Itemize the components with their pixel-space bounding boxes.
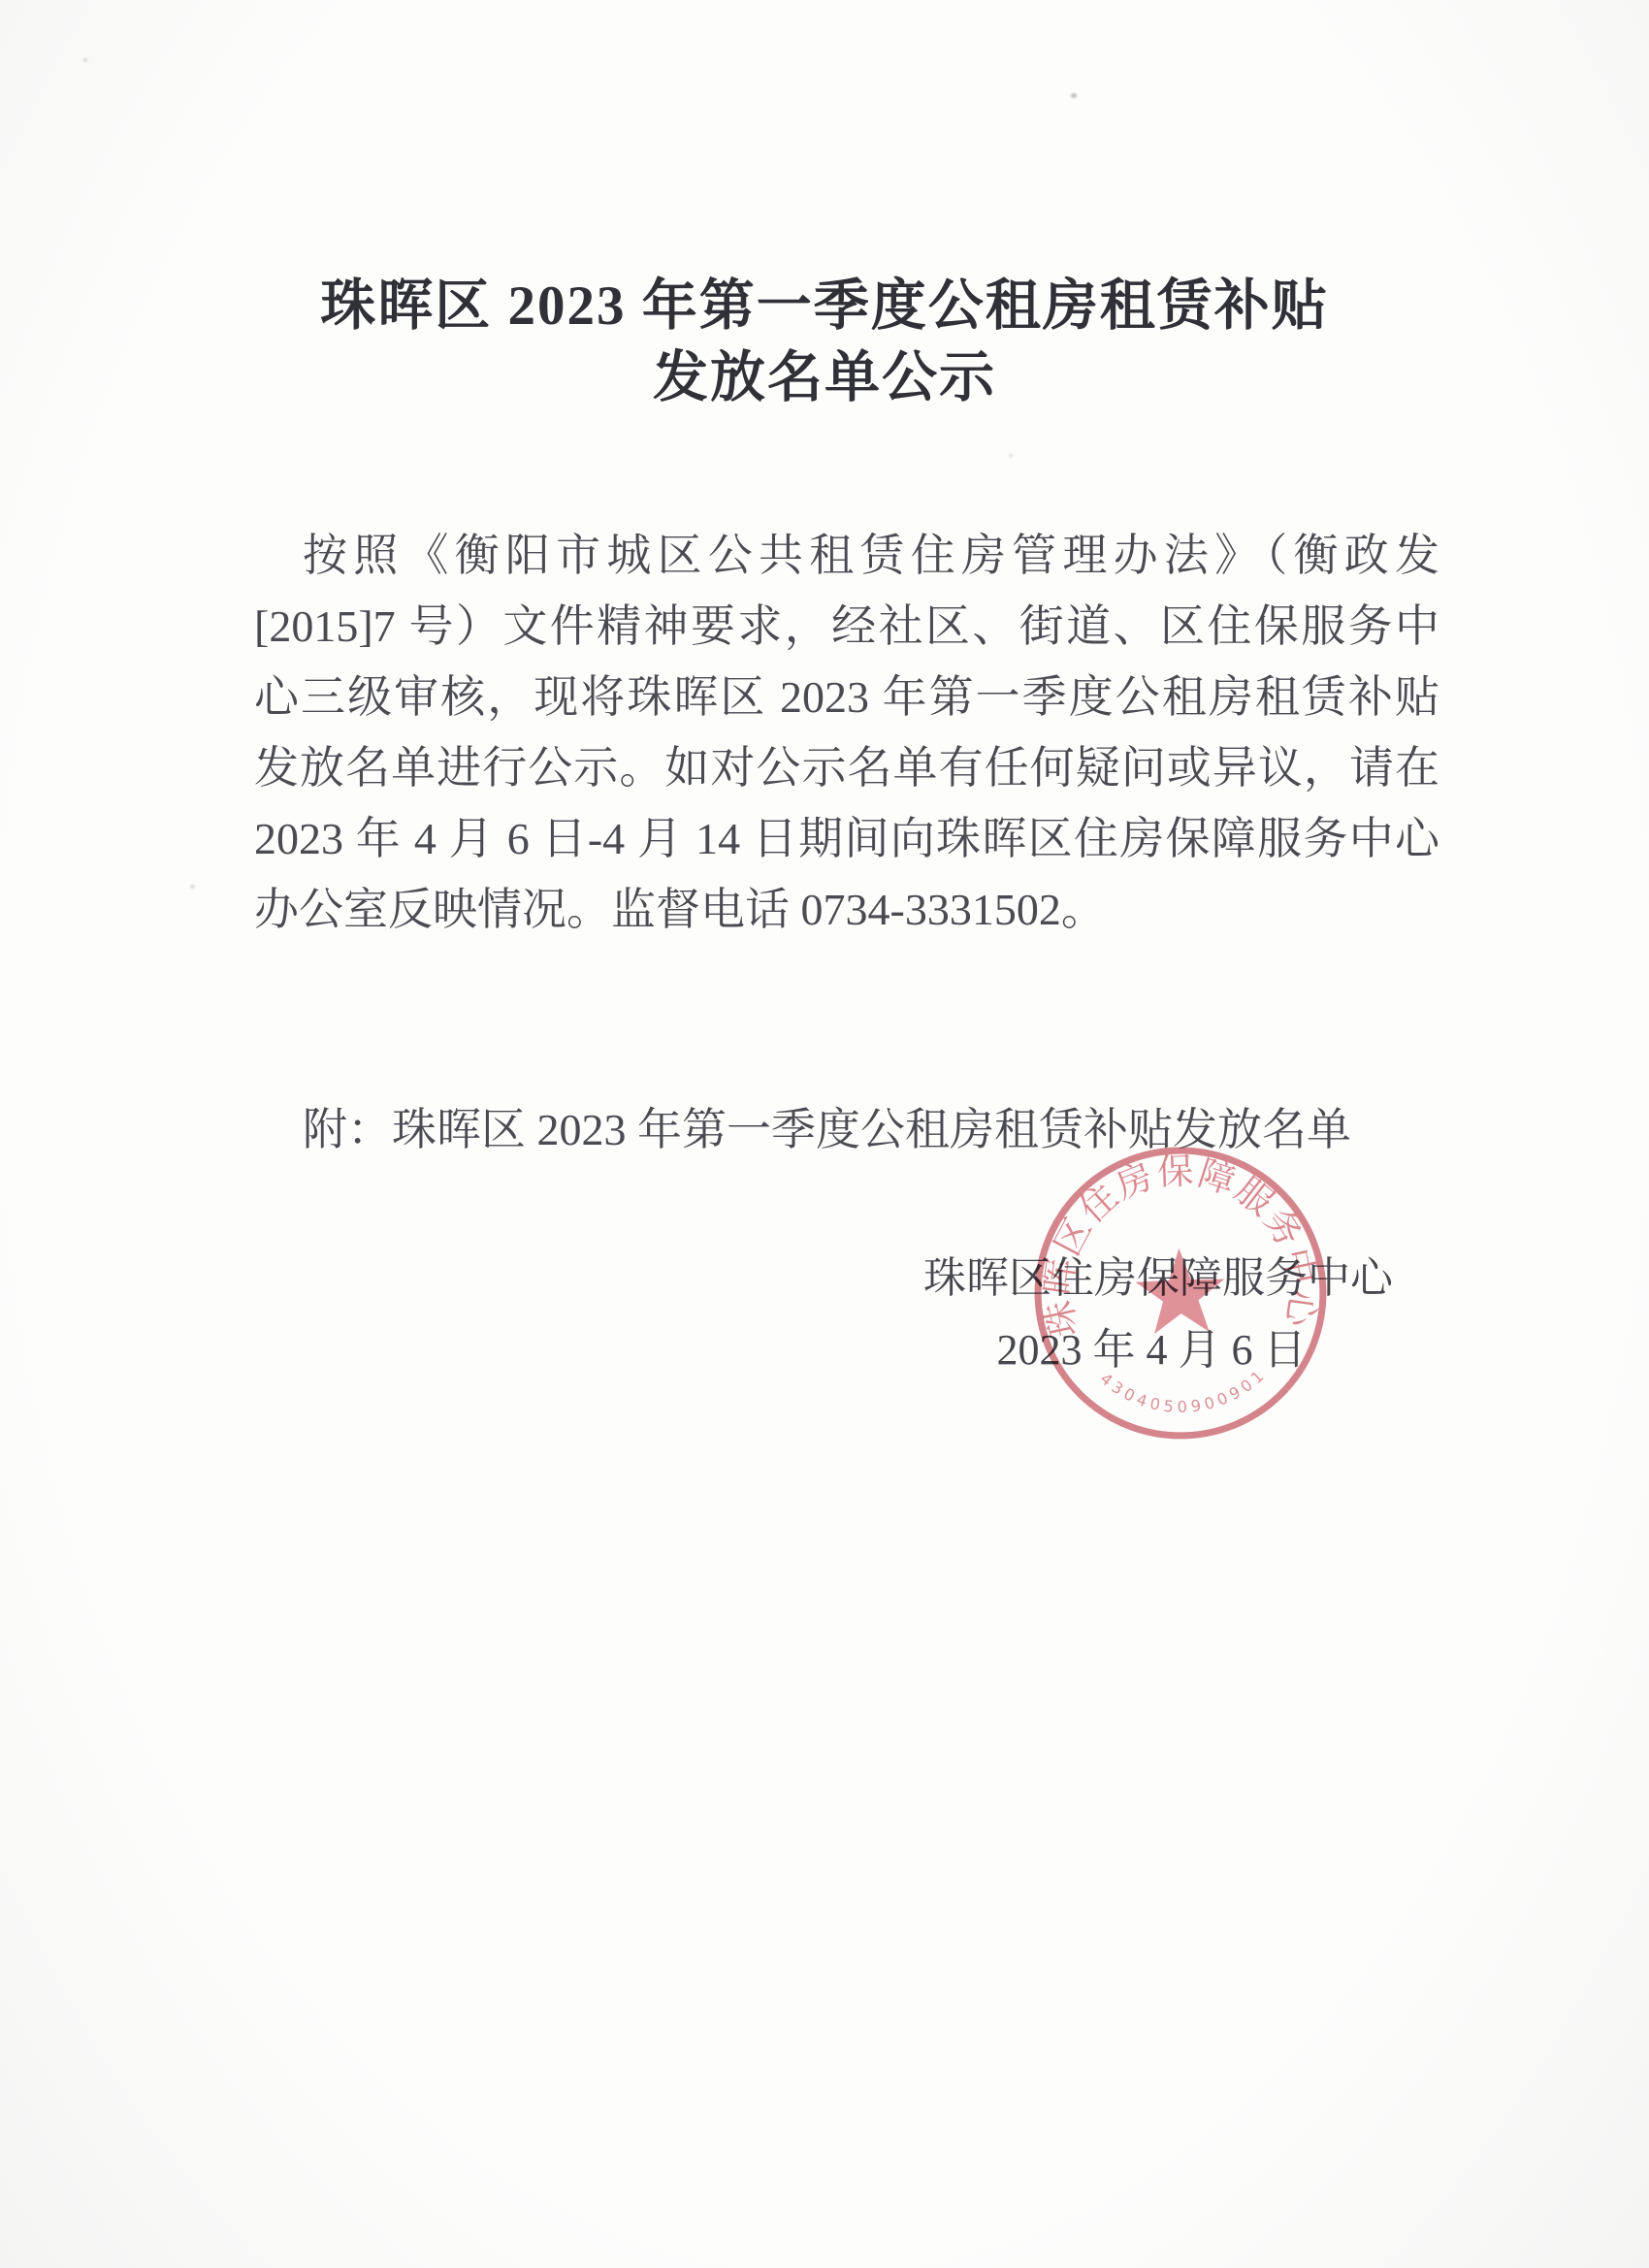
body-line: [2015]7 号）文件精神要求，经社区、街道、区住保服务中 [254, 591, 1439, 662]
body-line: 按照《衡阳市城区公共租赁住房管理办法》（衡政发 [254, 520, 1439, 591]
body-line: 心三级审核，现将珠晖区 2023 年第一季度公租房租赁补贴 [254, 662, 1439, 732]
attachment-note: 附：珠晖区 2023 年第一季度公租房租赁补贴发放名单 [303, 1094, 1564, 1165]
signature-date: 2023 年 4 月 6 日 [923, 1313, 1379, 1387]
body-line: 发放名单进行公示。如对公示名单有任何疑问或异议，请在 [254, 732, 1439, 803]
document-title-line1: 珠晖区 2023 年第一季度公租房租赁补贴 [0, 275, 1649, 338]
body-line: 2023 年 4 月 6 日-4 月 14 日期间向珠晖区住房保障服务中心 [254, 803, 1439, 874]
document-title-line2: 发放名单公示 [0, 347, 1649, 409]
scan-speck [1071, 93, 1077, 98]
scan-speck [83, 58, 87, 62]
signature-organization: 珠晖区住房保障服务中心 [923, 1244, 1379, 1313]
signature-block: 珠晖区住房保障服务中心 2023 年 4 月 6 日 [923, 1244, 1379, 1387]
body-paragraph: 按照《衡阳市城区公共租赁住房管理办法》（衡政发 [2015]7 号）文件精神要求… [254, 520, 1439, 945]
body-line: 办公室反映情况。监督电话 0734-3331502。 [254, 874, 1439, 945]
document-page: 珠晖区 2023 年第一季度公租房租赁补贴 发放名单公示 按照《衡阳市城区公共租… [0, 0, 1649, 2268]
scan-speck [190, 885, 195, 889]
scan-speck [1009, 454, 1013, 458]
